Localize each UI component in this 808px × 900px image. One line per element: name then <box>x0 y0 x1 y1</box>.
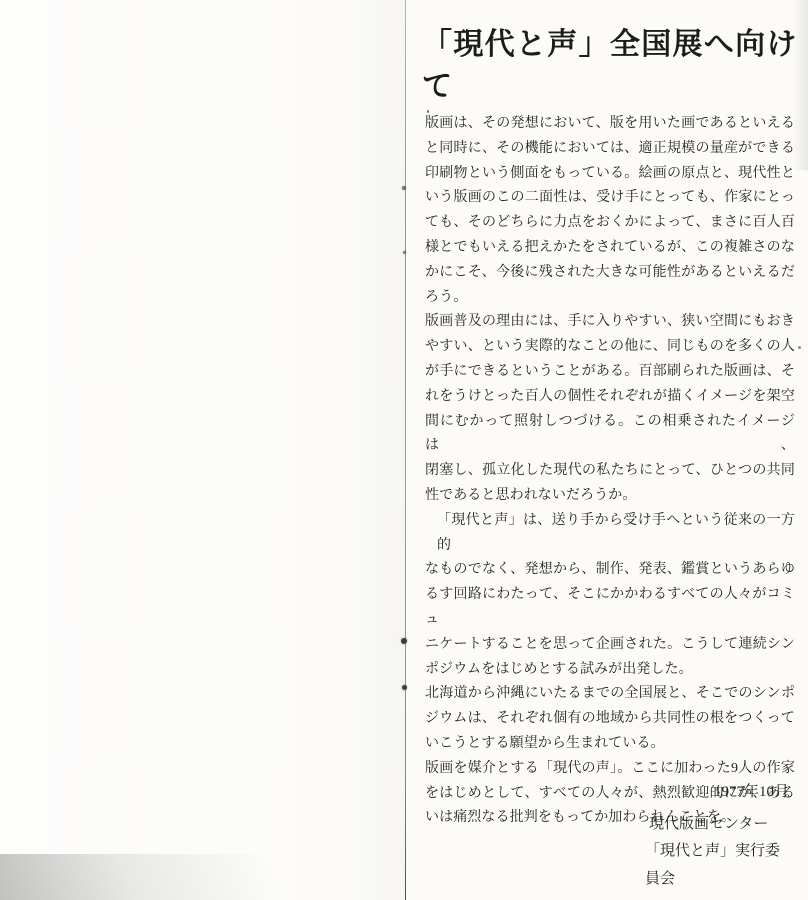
signature-block: 1977年10月 現代版画センター 「現代と声」実行委員会 <box>425 779 791 893</box>
body-line: れをうけとった百人の個性それぞれが描くイメージを架空 <box>425 385 795 410</box>
body-line: 版画を媒介とする「現代の声」。ここに加わった9人の作家 <box>425 757 795 782</box>
body-line: 版画は、その発想において、版を用いた画であるといえる <box>425 112 795 137</box>
body-line: ニケートすることを思って企画された。こうして連続シン <box>425 633 795 658</box>
bottom-left-scan-shadow <box>0 854 440 900</box>
body-line: るす回路にわたって、そこにかかわるすべての人々がコミュ <box>425 583 795 633</box>
body-line: ても、そのどちらに力点をおくかによって、まさに百人百 <box>425 211 795 236</box>
body-line: 印刷物という側面をもっている。絵画の原点と、現代性と <box>425 162 795 187</box>
body-line: 版画普及の理由には、手に入りやすい、狭い空間にもおき <box>425 310 795 335</box>
staple-mark <box>403 251 406 254</box>
body-line: ポジウムをはじめとする試みが出発した。 <box>425 658 795 683</box>
signature-date: 1977年10月 <box>425 779 791 807</box>
page-title: 「現代と声」全国展へ向けて <box>422 24 796 108</box>
scan-speck <box>798 346 801 349</box>
body-line: かにこそ、今後に残された大きな可能性があるといえるだ <box>425 261 795 286</box>
body-line: やすい、という実際的なことの他に、同じものを多くの人 <box>425 335 795 360</box>
page-fold-line <box>405 0 406 900</box>
body-text: 版画は、その発想において、版を用いた画であるといえると同時に、その機能においては… <box>425 112 795 831</box>
body-line: 北海道から沖縄にいたるまでの全国展と、そこでのシンポ <box>425 682 795 707</box>
signature-organization: 現代版画センター <box>649 811 791 839</box>
body-line: ろう。 <box>425 286 795 311</box>
body-line: 間にむかって照射しつづける。この相乗されたイメージは、 <box>425 410 795 460</box>
body-line: 性であると思われないだろうか。 <box>425 484 795 509</box>
staple-mark <box>401 638 407 644</box>
signature-committee: 「現代と声」実行委員会 <box>645 838 791 893</box>
body-line: いこうとする願望から生まれている。 <box>425 732 795 757</box>
body-line: と同時に、その機能においては、適正規模の量産ができる <box>425 137 795 162</box>
body-line: ジウムは、それぞれ個有の地域から共同性の根をつくって <box>425 707 795 732</box>
body-line: 「現代と声」は、送り手から受け手へという従来の一方的 <box>425 509 795 559</box>
scanned-page: 「現代と声」全国展へ向けて 版画は、その発想において、版を用いた画であるといえる… <box>0 0 808 900</box>
body-line: 閉塞し、孤立化した現代の私たちにとって、ひとつの共同 <box>425 459 795 484</box>
body-line: なものでなく、発想から、制作、発表、鑑賞というあらゆ <box>425 558 795 583</box>
body-line: いう版画のこの二面性は、受け手にとっても、作家にとっ <box>425 186 795 211</box>
staple-mark <box>402 685 407 690</box>
top-right-scan-shade <box>792 0 808 170</box>
body-line: が手にできるということがある。百部刷られた版画は、そ <box>425 360 795 385</box>
left-blank-page <box>0 0 405 900</box>
staple-mark <box>402 186 406 190</box>
body-line: 様とでもいえる把えかたをされているが、この複雑さのな <box>425 236 795 261</box>
